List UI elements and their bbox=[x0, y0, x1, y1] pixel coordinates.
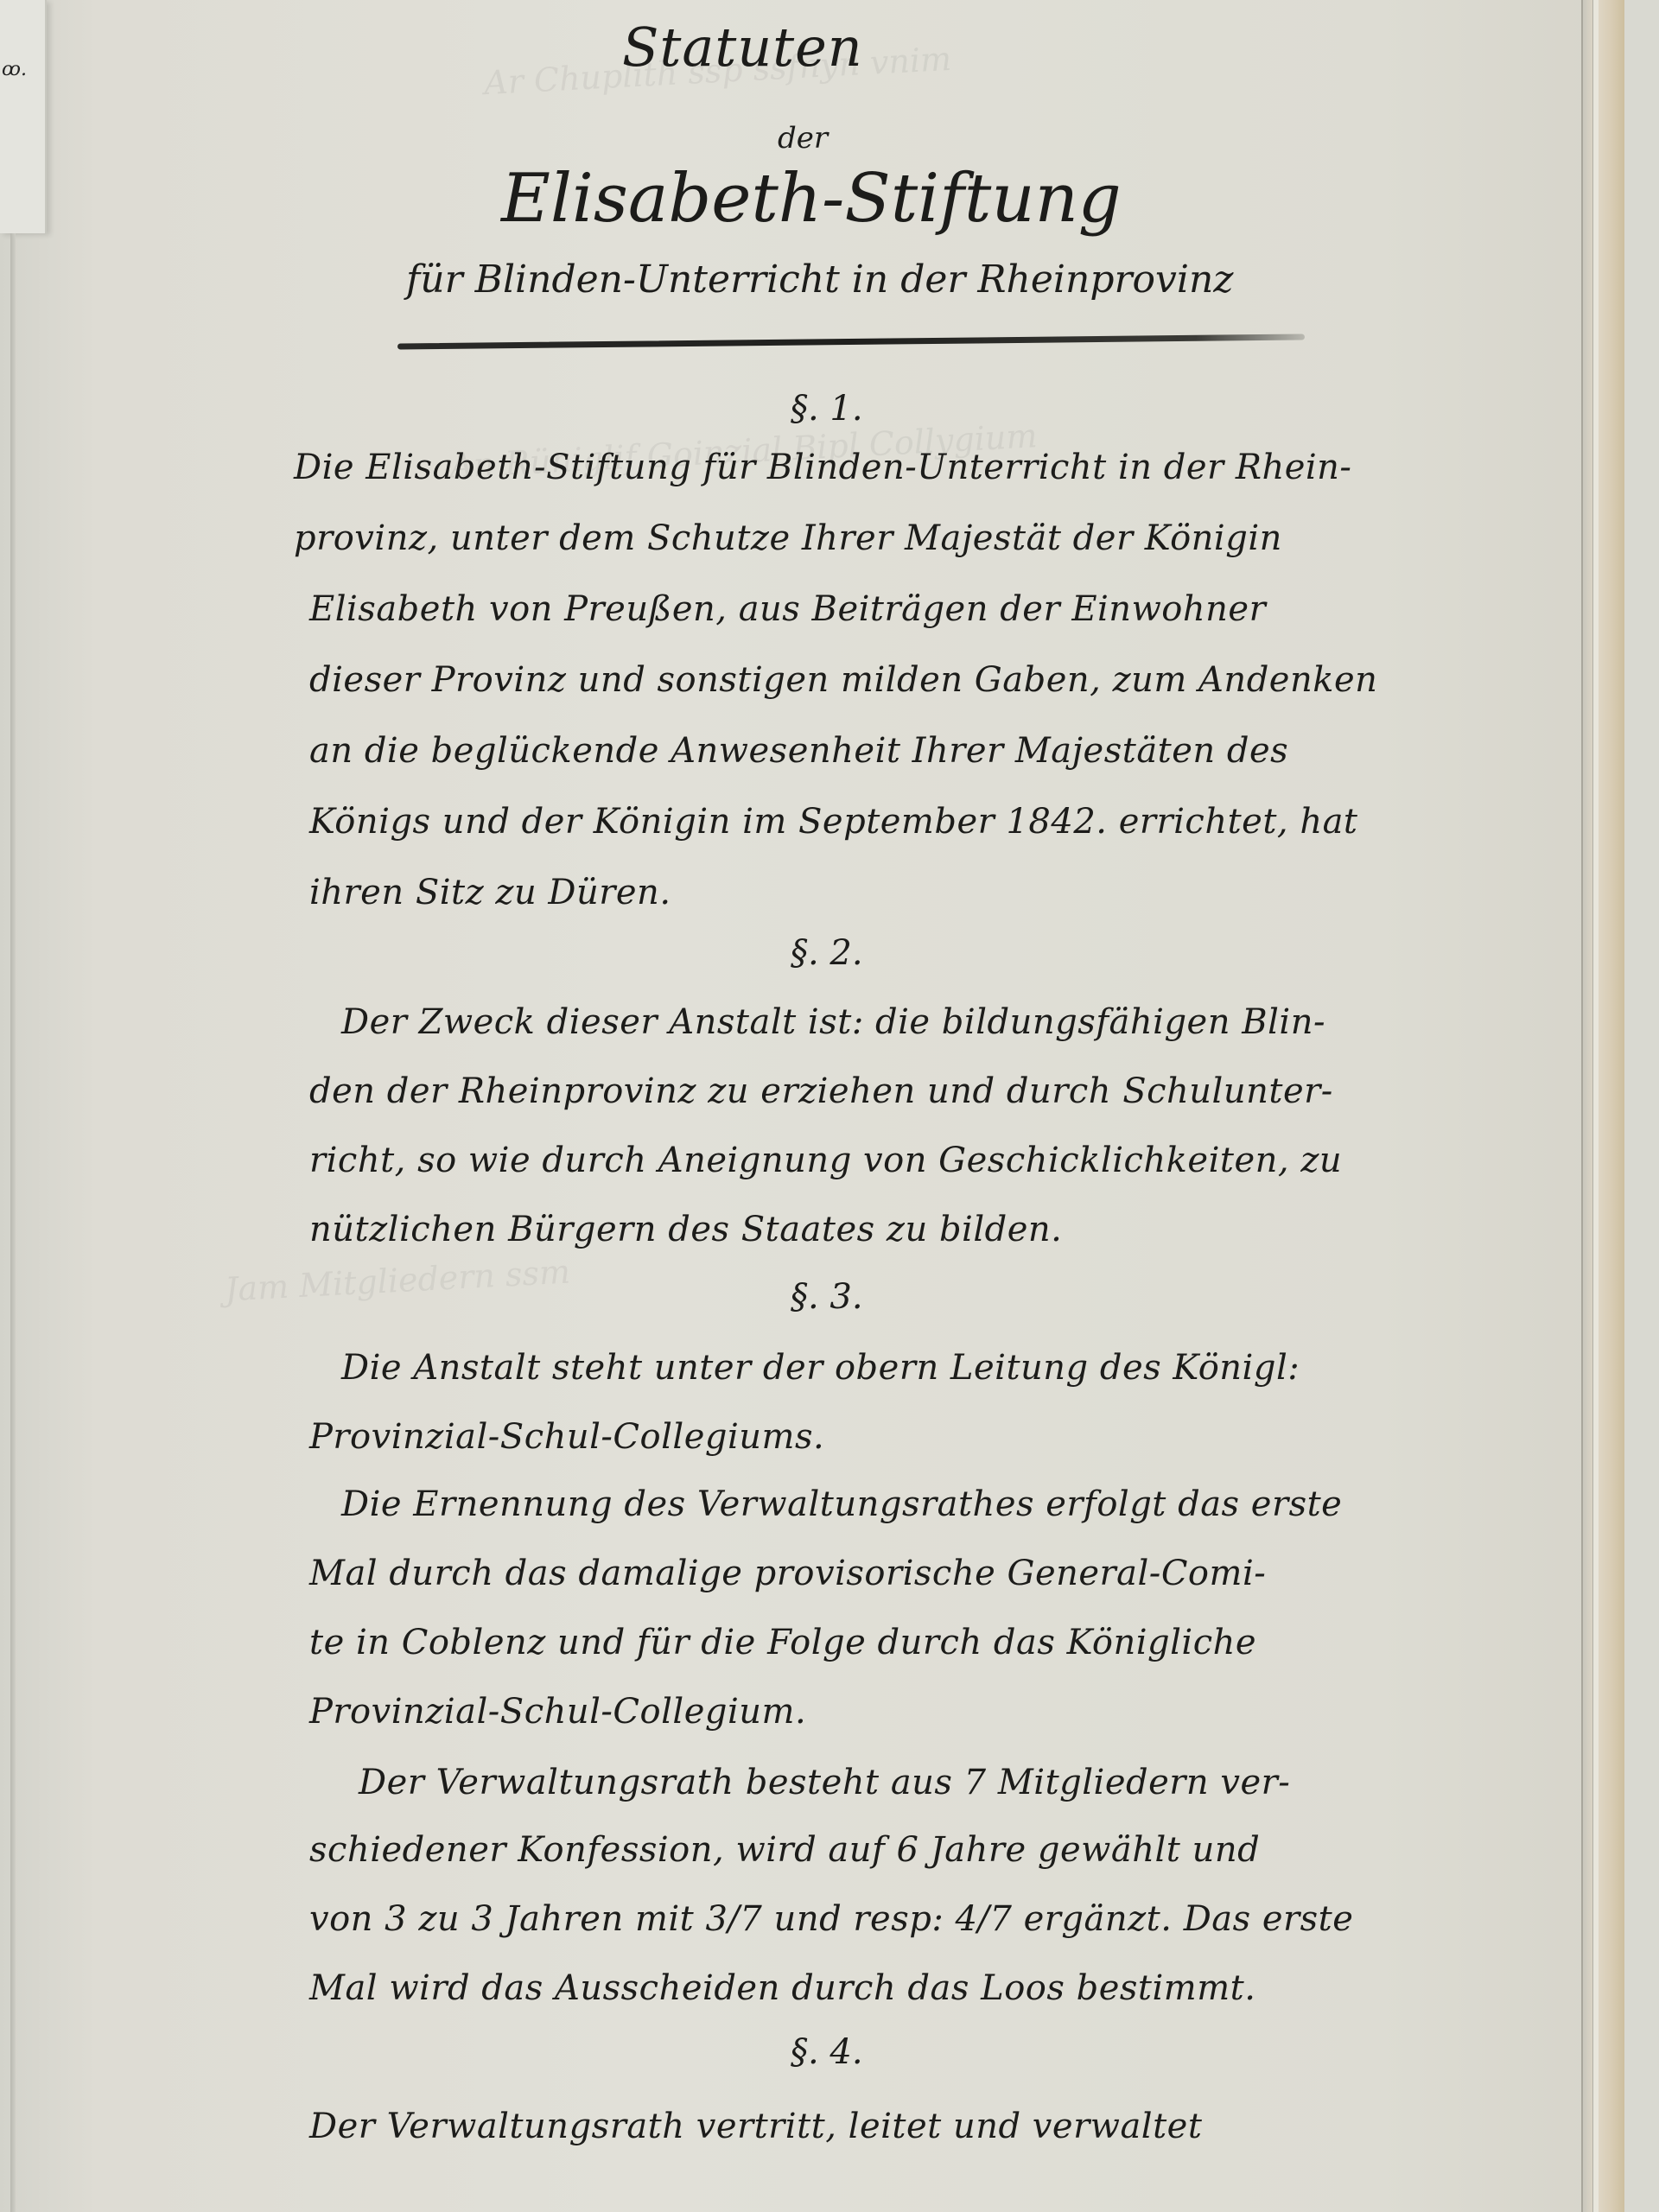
section-3-line: schiedener Konfession, wird auf 6 Jahre … bbox=[309, 1830, 1260, 1870]
section-1-line: dieser Provinz und sonstigen milden Gabe… bbox=[309, 660, 1377, 700]
section-3-line: Die Anstalt steht unter der obern Leitun… bbox=[341, 1348, 1300, 1388]
section-mark-4: §. 4. bbox=[791, 2032, 863, 2072]
title-der: der bbox=[778, 121, 828, 156]
section-3-line: Mal durch das damalige provisorische Gen… bbox=[309, 1554, 1266, 1593]
margin-fragment: ꝏ. bbox=[2, 59, 27, 80]
section-mark-3: §. 3. bbox=[791, 1277, 863, 1317]
section-3-line: te in Coblenz und für die Folge durch da… bbox=[309, 1623, 1256, 1662]
section-2-line: den der Rheinprovinz zu erziehen und dur… bbox=[309, 1071, 1333, 1111]
section-mark-1: §. 1. bbox=[791, 389, 863, 429]
section-1-line: provinz, unter dem Schutze Ihrer Majestä… bbox=[294, 518, 1282, 558]
title-stiftung-name: Elisabeth-Stiftung bbox=[501, 160, 1122, 238]
section-3-line: Mal wird das Ausscheiden durch das Loos … bbox=[309, 1968, 1255, 2008]
section-2-line: Der Zweck dieser Anstalt ist: die bildun… bbox=[341, 1002, 1325, 1042]
section-3-line: von 3 zu 3 Jahren mit 3/7 und resp: 4/7 … bbox=[309, 1899, 1353, 1939]
section-4-line: Der Verwaltungsrath vertritt, leitet und… bbox=[309, 2107, 1202, 2146]
title-subtitle: für Blinden-Unterricht in der Rheinprovi… bbox=[406, 257, 1233, 302]
section-3-line: Provinzial-Schul-Collegiums. bbox=[309, 1417, 824, 1457]
section-mark-2: §. 2. bbox=[791, 933, 863, 973]
section-3-line: Der Verwaltungsrath besteht aus 7 Mitgli… bbox=[359, 1763, 1290, 1802]
section-3-line: Die Ernennung des Verwaltungsrathes erfo… bbox=[341, 1484, 1342, 1524]
page-stack-edge bbox=[1581, 0, 1624, 2212]
title-underline bbox=[397, 334, 1305, 350]
section-1-line: Königs und der Königin im September 1842… bbox=[309, 802, 1358, 842]
bleed-through-text: Jam Mitgliedern ssm bbox=[224, 1253, 571, 1309]
section-1-line: Die Elisabeth-Stiftung für Blinden-Unter… bbox=[294, 448, 1351, 487]
binding-crease bbox=[10, 233, 16, 2212]
manuscript-page: ꝏ. Ar Chuplith ssp ssfnyn vnim An Rünigl… bbox=[0, 0, 1624, 2212]
section-2-line: richt, so wie durch Aneignung von Geschi… bbox=[309, 1141, 1342, 1180]
previous-page-fold: ꝏ. bbox=[0, 0, 47, 233]
title-statuten: Statuten bbox=[622, 16, 863, 79]
section-1-line: an die beglückende Anwesenheit Ihrer Maj… bbox=[309, 731, 1288, 771]
section-1-line: ihren Sitz zu Düren. bbox=[309, 873, 671, 912]
page-edge-line bbox=[1592, 0, 1599, 2212]
section-3-line: Provinzial-Schul-Collegium. bbox=[309, 1692, 806, 1732]
section-1-line: Elisabeth von Preußen, aus Beiträgen der… bbox=[309, 589, 1266, 629]
section-2-line: nützlichen Bürgern des Staates zu bilden… bbox=[309, 1210, 1062, 1249]
